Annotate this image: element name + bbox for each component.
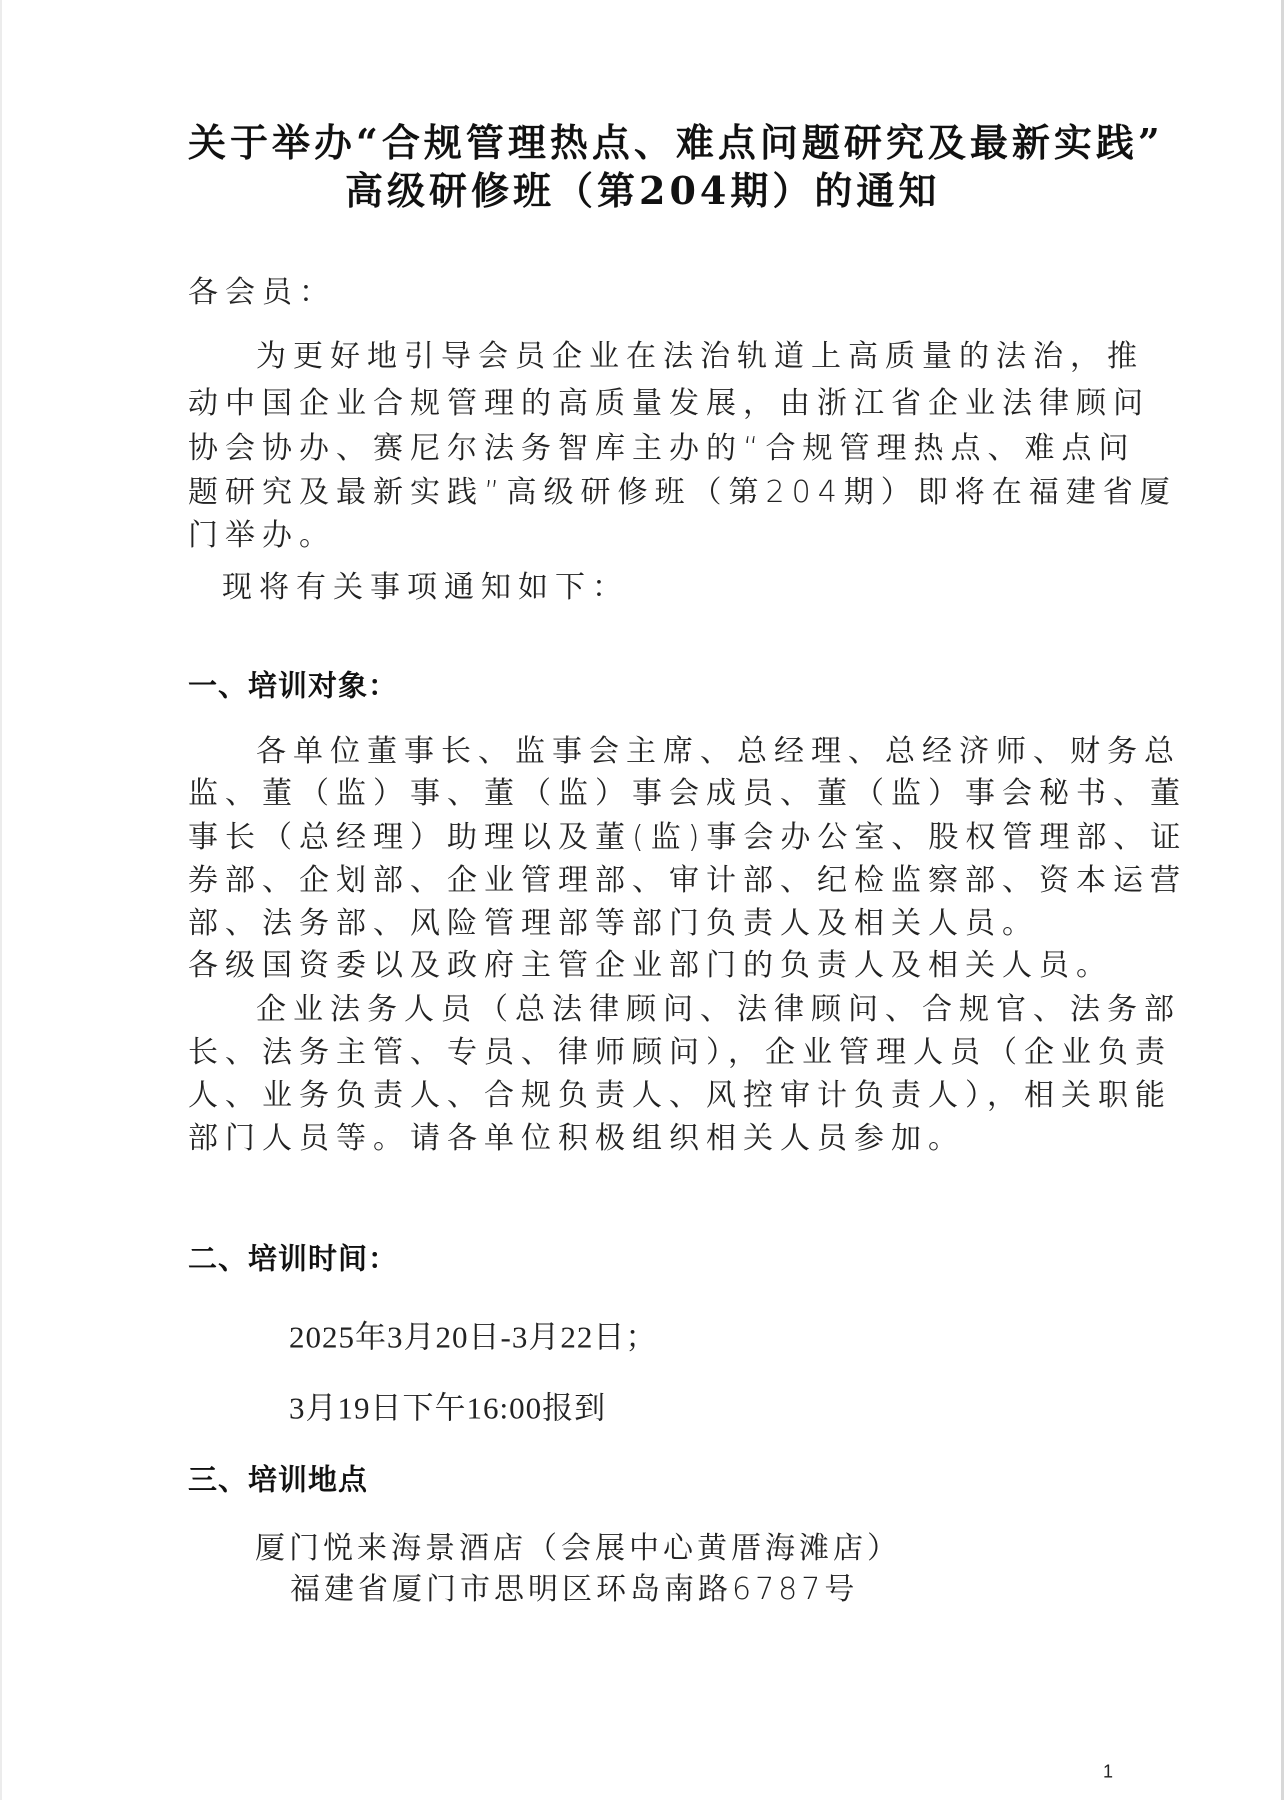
section-heading: 一、培训对象： xyxy=(188,672,398,701)
title-line-2: 高级研修班（第204期）的通知 xyxy=(345,172,940,210)
section-line: 部门人员等。请各单位积极组织相关人员参加。 xyxy=(188,1124,965,1154)
section-line: 部、法务部、风险管理部等部门负责人及相关人员。 xyxy=(188,909,1039,939)
salutation: 各会员： xyxy=(188,278,336,308)
notice-line: 现将有关事项通知如下： xyxy=(222,573,629,603)
venue-address: 福建省厦门市思明区环岛南路6787号 xyxy=(290,1575,858,1605)
intro-line: 协会协办、赛尼尔法务智库主办的“合规管理热点、难点问 xyxy=(188,434,1136,464)
title-line-1: 关于举办“合规管理热点、难点问题研究及最新实践” xyxy=(188,124,1164,162)
page-edge-left xyxy=(0,0,2,1800)
intro-line: 动中国企业合规管理的高质量发展，由浙江省企业法律顾问 xyxy=(188,389,1150,419)
training-dates: 2025年3月20日-3月22日； xyxy=(289,1322,657,1353)
section-line: 监、董（监）事、董（监）事会成员、董（监）事会秘书、董 xyxy=(188,779,1187,809)
section-line: 企业法务人员（总法律顾问、法律顾问、合规官、法务部 xyxy=(256,995,1181,1025)
section-line: 券部、企划部、企业管理部、审计部、纪检监察部、资本运营 xyxy=(188,866,1187,896)
section-line: 各单位董事长、监事会主席、总经理、总经济师、财务总 xyxy=(256,737,1181,767)
registration-time: 3月19日下午16:00报到 xyxy=(289,1393,606,1424)
intro-line: 门举办。 xyxy=(188,521,336,551)
section-heading: 三、培训地点 xyxy=(188,1466,368,1495)
page-number: 1 xyxy=(1103,1762,1113,1783)
section-line: 各级国资委以及政府主管企业部门的负责人及相关人员。 xyxy=(188,951,1113,981)
section-line: 事长（总经理）助理以及董(监)事会办公室、股权管理部、证 xyxy=(188,823,1187,853)
venue-name: 厦门悦来海景酒店（会展中心黄厝海滩店） xyxy=(255,1534,901,1564)
intro-line: 题研究及最新实践”高级研修班（第204期）即将在福建省厦 xyxy=(188,478,1177,508)
intro-line: 为更好地引导会员企业在法治轨道上高质量的法治，推 xyxy=(256,342,1144,372)
section-heading: 二、培训时间： xyxy=(188,1245,398,1274)
section-line: 人、业务负责人、合规负责人、风控审计负责人），相关职能 xyxy=(188,1081,1172,1111)
section-line: 长、法务主管、专员、律师顾问），企业管理人员（企业负责 xyxy=(188,1038,1172,1068)
